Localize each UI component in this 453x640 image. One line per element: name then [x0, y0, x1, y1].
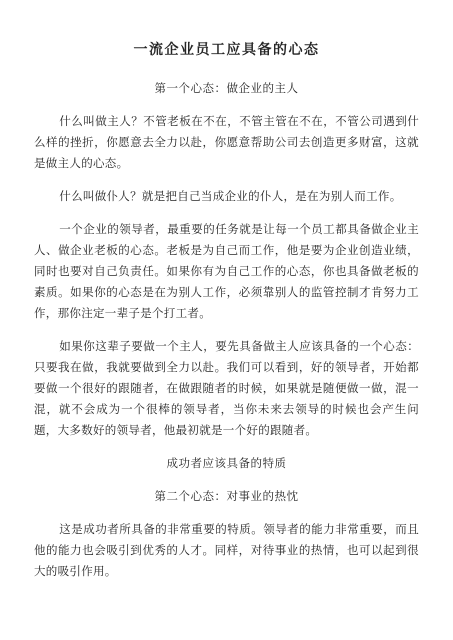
paragraph-enthusiasm: 这是成功者所具备的非常重要的特质。领导者的能力非常重要，而且他的能力也会吸引到优… — [34, 520, 419, 583]
section-heading-second-mindset: 第二个心态：对事业的热忱 — [34, 487, 419, 508]
paragraph-leader-task: 一个企业的领导者，最重要的任务就是让每一个员工都具备做企业主人、做企业老板的心态… — [34, 220, 419, 325]
section-heading-success-traits: 成功者应该具备的特质 — [34, 454, 419, 475]
document-title: 一流企业员工应具备的心态 — [34, 42, 419, 60]
paragraph-what-is-master: 什么叫做主人？不管老板在不在，不管主管在不在，不管公司遇到什么样的挫折，你愿意去… — [34, 112, 419, 175]
paragraph-be-a-master: 如果你这辈子要做一个主人，要先具备做主人应该具备的一个心态：只要我在做，我就要做… — [34, 337, 419, 442]
document-page: 一流企业员工应具备的心态 第一个心态：做企业的主人 什么叫做主人？不管老板在不在… — [0, 0, 453, 640]
paragraph-what-is-servant: 什么叫做仆人？就是把自己当成企业的仆人，是在为别人而工作。 — [34, 187, 419, 208]
section-heading-first-mindset: 第一个心态：做企业的主人 — [34, 79, 419, 100]
